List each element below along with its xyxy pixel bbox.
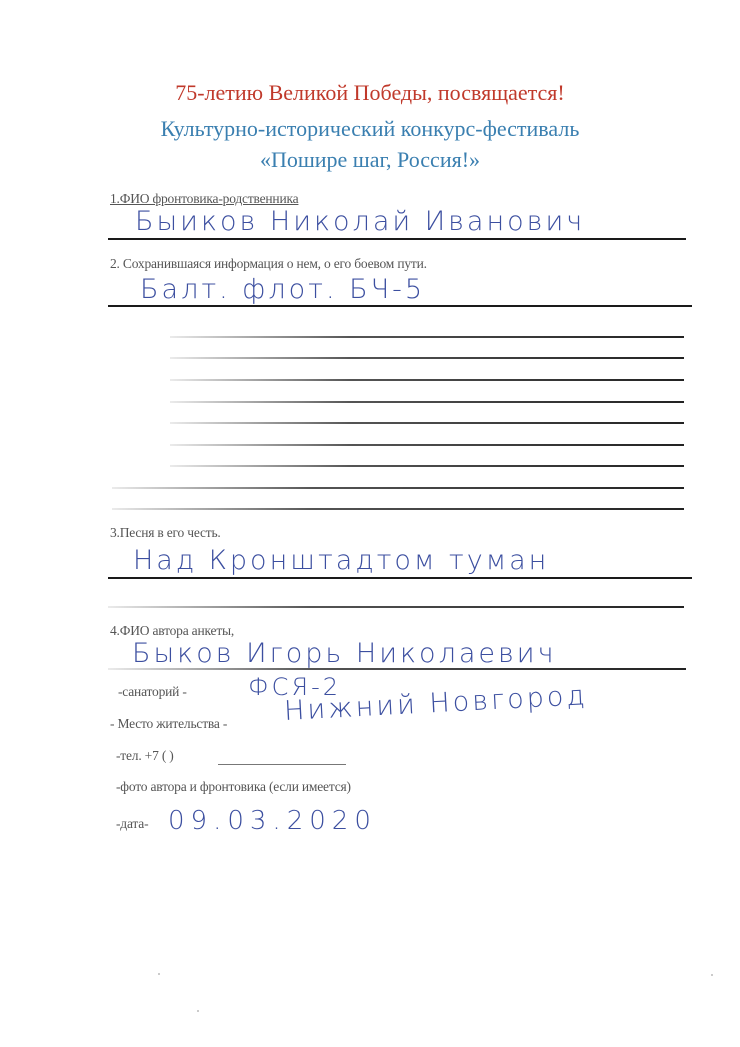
photo-label: -фото автора и фронтовика (если имеется) xyxy=(116,779,351,795)
scan-speck xyxy=(711,974,713,976)
q3-answer-line xyxy=(108,577,692,579)
sanatorium-label: -санаторий - xyxy=(118,684,187,700)
q4-answer: Быков Игорь Николаевич xyxy=(132,638,557,669)
q2-blank-line xyxy=(112,487,684,489)
scan-speck xyxy=(158,973,160,975)
scan-speck xyxy=(197,1010,199,1012)
q2-blank-line xyxy=(170,444,684,446)
date-answer: 09.03.2020 xyxy=(168,806,377,836)
q2-label: 2. Сохранившаяся информация о нем, о его… xyxy=(110,256,427,272)
q1-label: 1.ФИО фронтовика-родственника xyxy=(110,191,298,207)
q2-blank-line xyxy=(170,336,684,338)
heading-anniversary: 75-летию Великой Победы, посвящается! xyxy=(0,80,740,106)
heading-festival: Культурно-исторический конкурс-фестиваль xyxy=(0,116,740,142)
q3-label: 3.Песня в его честь. xyxy=(110,525,221,541)
q2-blank-line xyxy=(170,422,684,424)
date-label: -дата- xyxy=(116,816,148,832)
q2-answer-line xyxy=(108,305,692,307)
q3-answer: Над Кронштадтом туман xyxy=(133,545,549,576)
q2-blank-line xyxy=(170,379,684,381)
residence-label: - Место жительства - xyxy=(110,716,227,732)
q1-answer-line xyxy=(108,238,686,240)
phone-label: -тел. +7 ( ) xyxy=(116,748,174,764)
q2-answer: Балт. флот. БЧ-5 xyxy=(140,274,425,305)
q2-blank-line xyxy=(170,357,684,359)
q4-answer-line xyxy=(108,668,686,670)
q2-blank-line xyxy=(170,465,684,467)
heading-motto: «Пошире шаг, Россия!» xyxy=(0,147,740,173)
q1-answer: Быиков Николай Иванович xyxy=(135,206,585,237)
q3-extra-line xyxy=(108,606,684,608)
q2-blank-line xyxy=(112,508,684,510)
q2-blank-line xyxy=(170,401,684,403)
q4-label: 4.ФИО автора анкеты, xyxy=(110,623,234,639)
phone-field-line xyxy=(218,764,346,765)
